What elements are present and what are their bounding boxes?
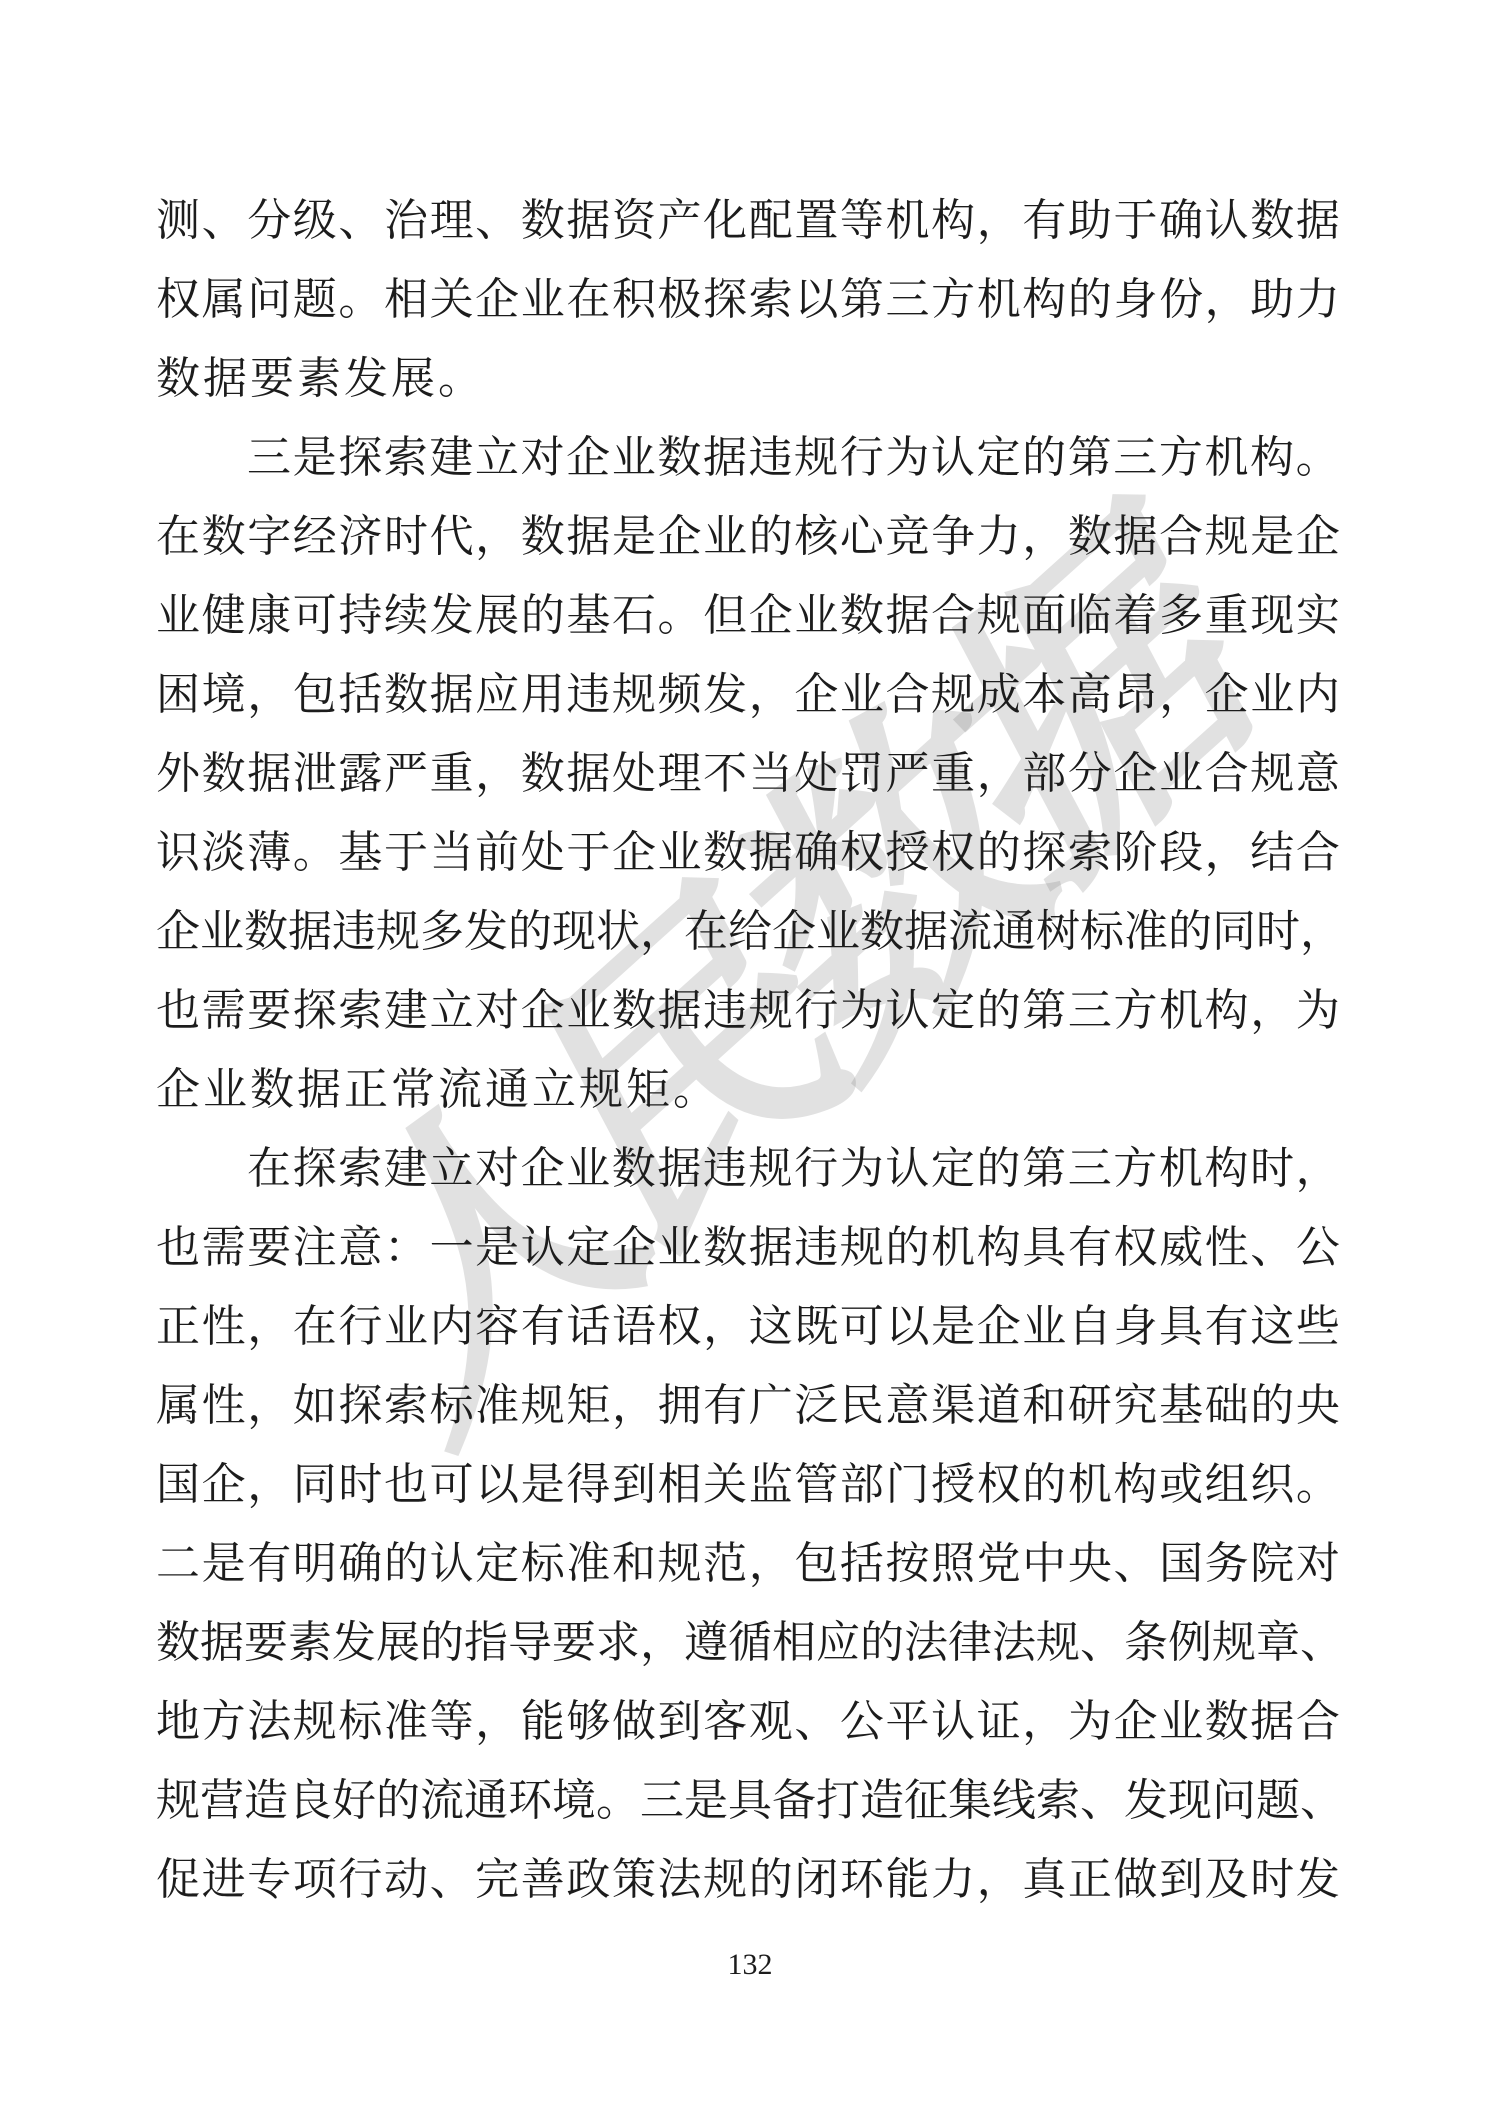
- text-line: 规营造良好的流通环境。三是具备打造征集线索、发现问题、: [156, 1761, 1340, 1840]
- text-line: 国企，同时也可以是得到相关监管部门授权的机构或组织。: [156, 1445, 1340, 1524]
- text-line: 促进专项行动、完善政策法规的闭环能力，真正做到及时发: [156, 1840, 1340, 1919]
- text-line: 也需要探索建立对企业数据违规行为认定的第三方机构，为: [156, 971, 1340, 1050]
- text-line: 测、分级、治理、数据资产化配置等机构，有助于确认数据: [156, 181, 1340, 260]
- text-line: 困境，包括数据应用违规频发，企业合规成本高昂，企业内: [156, 655, 1340, 734]
- document-page: 人民数据 测、分级、治理、数据资产化配置等机构，有助于确认数据 权属问题。相关企…: [0, 0, 1500, 2121]
- text-line: 在数字经济时代，数据是企业的核心竞争力，数据合规是企: [156, 497, 1340, 576]
- page-number: 132: [0, 1948, 1500, 1982]
- text-line: 业健康可持续发展的基石。但企业数据合规面临着多重现实: [156, 576, 1340, 655]
- text-line: 二是有明确的认定标准和规范，包括按照党中央、国务院对: [156, 1524, 1340, 1603]
- text-line: 数据要素发展的指导要求，遵循相应的法律法规、条例规章、: [156, 1603, 1340, 1682]
- text-line: 识淡薄。基于当前处于企业数据确权授权的探索阶段，结合: [156, 813, 1340, 892]
- text-line paragraph-end: 数据要素发展。: [156, 339, 1340, 418]
- text-line paragraph-start: 三是探索建立对企业数据违规行为认定的第三方机构。: [156, 418, 1340, 497]
- text-line: 地方法规标准等，能够做到客观、公平认证，为企业数据合: [156, 1682, 1340, 1761]
- text-line: 正性，在行业内容有话语权，这既可以是企业自身具有这些: [156, 1287, 1340, 1366]
- text-line paragraph-end: 企业数据正常流通立规矩。: [156, 1050, 1340, 1129]
- text-line: 外数据泄露严重，数据处理不当处罚严重，部分企业合规意: [156, 734, 1340, 813]
- page-body-text: 测、分级、治理、数据资产化配置等机构，有助于确认数据 权属问题。相关企业在积极探…: [156, 181, 1340, 1919]
- text-line: 企业数据违规多发的现状，在给企业数据流通树标准的同时，: [156, 892, 1340, 971]
- text-line paragraph-start: 在探索建立对企业数据违规行为认定的第三方机构时，: [156, 1129, 1340, 1208]
- text-line: 也需要注意：一是认定企业数据违规的机构具有权威性、公: [156, 1208, 1340, 1287]
- text-line: 权属问题。相关企业在积极探索以第三方机构的身份，助力: [156, 260, 1340, 339]
- text-line: 属性，如探索标准规矩，拥有广泛民意渠道和研究基础的央: [156, 1366, 1340, 1445]
